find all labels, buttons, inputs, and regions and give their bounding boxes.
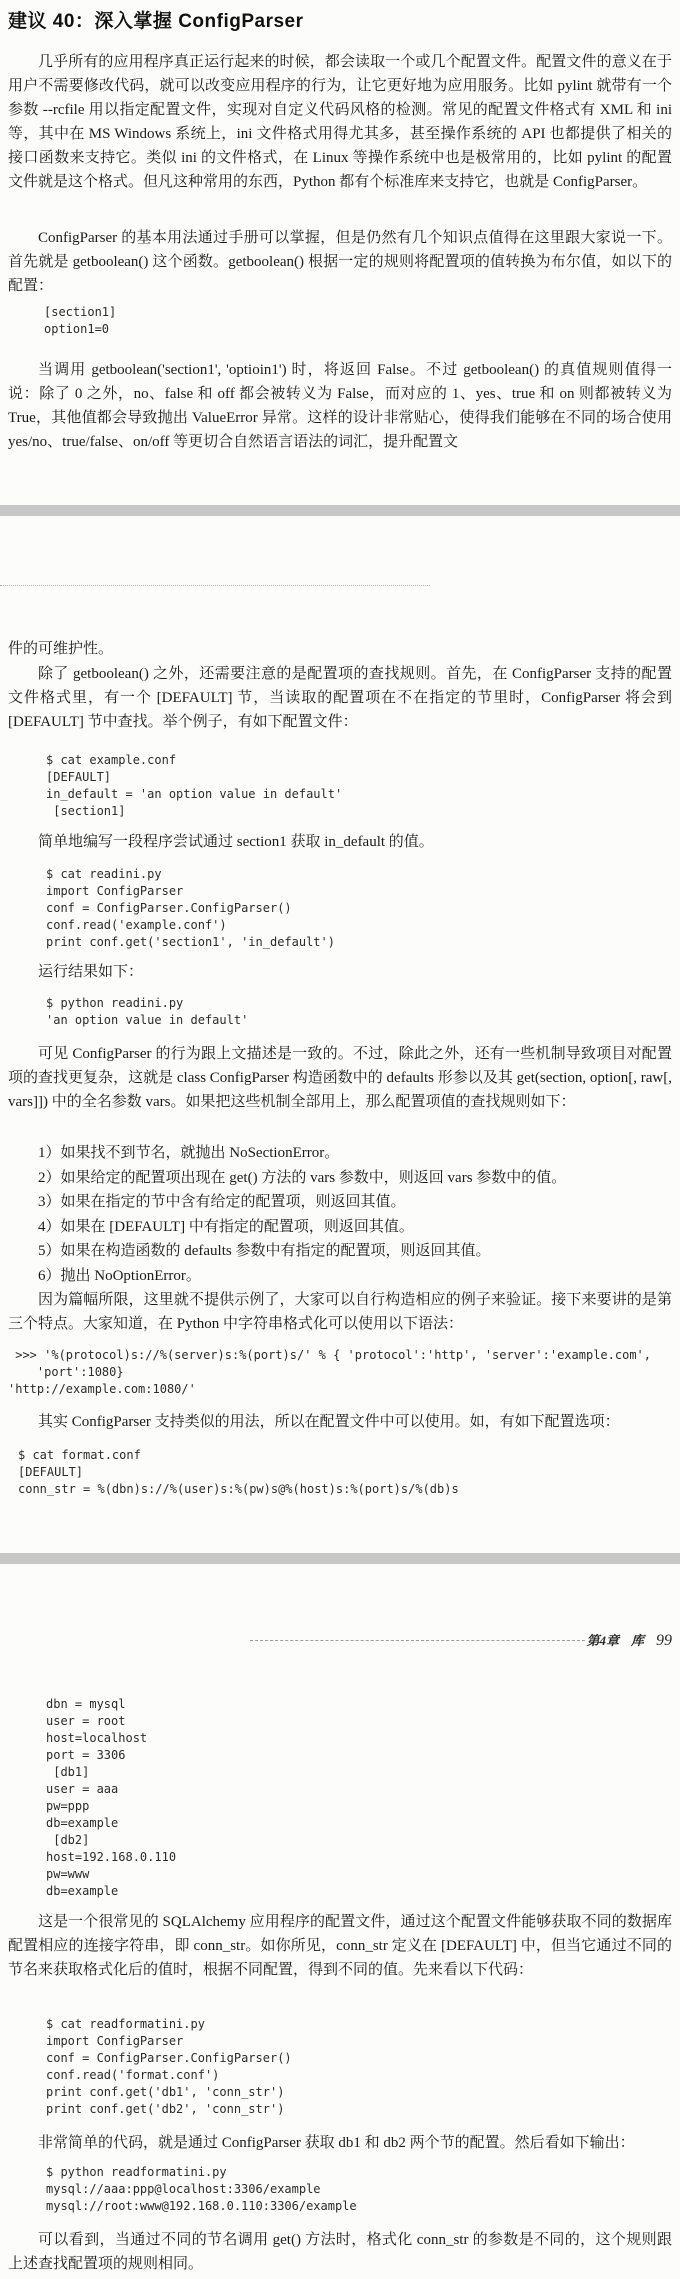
paragraph-getboolean: ConfigParser 的基本用法通过手册可以掌握，但是仍然有几个知识点值得在… bbox=[8, 226, 672, 298]
running-head-page-number: 99 bbox=[656, 1632, 672, 1650]
code-readini-output: $ python readini.py 'an option value in … bbox=[46, 995, 672, 1029]
code-format-conf-body: dbn = mysql user = root host=localhost p… bbox=[46, 1696, 672, 1900]
code-readformatini-py: $ cat readformatini.py import ConfigPars… bbox=[46, 2016, 672, 2118]
paragraph-conclusion: 可以看到，当通过不同的节名调用 get() 方法时，格式化 conn_str 的… bbox=[8, 2228, 672, 2276]
code-readformatini-output: $ python readformatini.py mysql://aaa:pp… bbox=[46, 2164, 672, 2215]
paragraph-mechanisms: 可见 ConfigParser 的行为跟上文描述是一致的。不过，除此之外，还有一… bbox=[8, 1042, 672, 1114]
page-separator-band-2 bbox=[0, 1553, 680, 1564]
code-string-format-repl: >>> '%(protocol)s://%(server)s:%(port)s/… bbox=[8, 1347, 672, 1398]
paragraph-intro: 几乎所有的应用程序真正运行起来的时候，都会读取一个或几个配置文件。配置文件的意义… bbox=[8, 50, 672, 194]
running-head-section: 库 bbox=[631, 1630, 644, 1649]
paragraph-write-program: 简单地编写一段程序尝试通过 section1 获取 in_default 的值。 bbox=[8, 830, 672, 854]
running-head: 第4章 库 99 bbox=[0, 1630, 672, 1650]
paragraph-sqlalchemy: 这是一个很常见的 SQLAlchemy 应用程序的配置文件，通过这个配置文件能够… bbox=[8, 1910, 672, 1982]
list-item: 6）抛出 NoOptionError。 bbox=[8, 1264, 672, 1289]
code-readini-py: $ cat readini.py import ConfigParser con… bbox=[46, 866, 672, 951]
page-title: 建议 40：深入掌握 ConfigParser bbox=[8, 6, 672, 33]
list-item: 5）如果在构造函数的 defaults 参数中有指定的配置项，则返回其值。 bbox=[8, 1239, 672, 1264]
list-item: 4）如果在 [DEFAULT] 中有指定的配置项，则返回其值。 bbox=[8, 1215, 672, 1240]
header-rule-faint bbox=[0, 585, 430, 586]
lookup-rules-list: 1）如果找不到节名，就抛出 NoSectionError。 2）如果给定的配置项… bbox=[8, 1141, 672, 1288]
code-example-conf: $ cat example.conf [DEFAULT] in_default … bbox=[46, 752, 672, 820]
list-item: 1）如果找不到节名，就抛出 NoSectionError。 bbox=[8, 1141, 672, 1166]
code-format-conf: $ cat format.conf [DEFAULT] conn_str = %… bbox=[18, 1447, 672, 1498]
paragraph-similar-usage: 其实 ConfigParser 支持类似的用法，所以在配置文件中可以使用。如，有… bbox=[8, 1410, 672, 1434]
paragraph-run-result: 运行结果如下： bbox=[8, 960, 672, 984]
running-head-text: 第4章 库 99 bbox=[586, 1630, 672, 1650]
paragraph-truth-rules-continuation: 件的可维护性。 bbox=[8, 637, 672, 661]
page-separator-band-1 bbox=[0, 505, 680, 516]
list-item: 2）如果给定的配置项出现在 get() 方法的 vars 参数中，则返回 var… bbox=[8, 1166, 672, 1191]
code-section-option-ini: [section1] option1=0 bbox=[44, 304, 672, 338]
paragraph-third-feature: 因为篇幅所限，这里就不提供示例了，大家可以自行构造相应的例子来验证。接下来要讲的… bbox=[8, 1288, 672, 1336]
paragraph-simple-code: 非常简单的代码，就是通过 ConfigParser 获取 db1 和 db2 两… bbox=[8, 2131, 672, 2155]
running-head-chapter: 第4章 bbox=[586, 1630, 619, 1649]
running-head-rule bbox=[250, 1640, 585, 1641]
scanned-book-page: 建议 40：深入掌握 ConfigParser 几乎所有的应用程序真正运行起来的… bbox=[0, 0, 680, 2279]
paragraph-default-section: 除了 getboolean() 之外，还需要注意的是配置项的查找规则。首先，在 … bbox=[8, 662, 672, 734]
paragraph-truth-rules: 当调用 getboolean('section1', 'optioin1') 时… bbox=[8, 358, 672, 454]
list-item: 3）如果在指定的节中含有给定的配置项，则返回其值。 bbox=[8, 1190, 672, 1215]
